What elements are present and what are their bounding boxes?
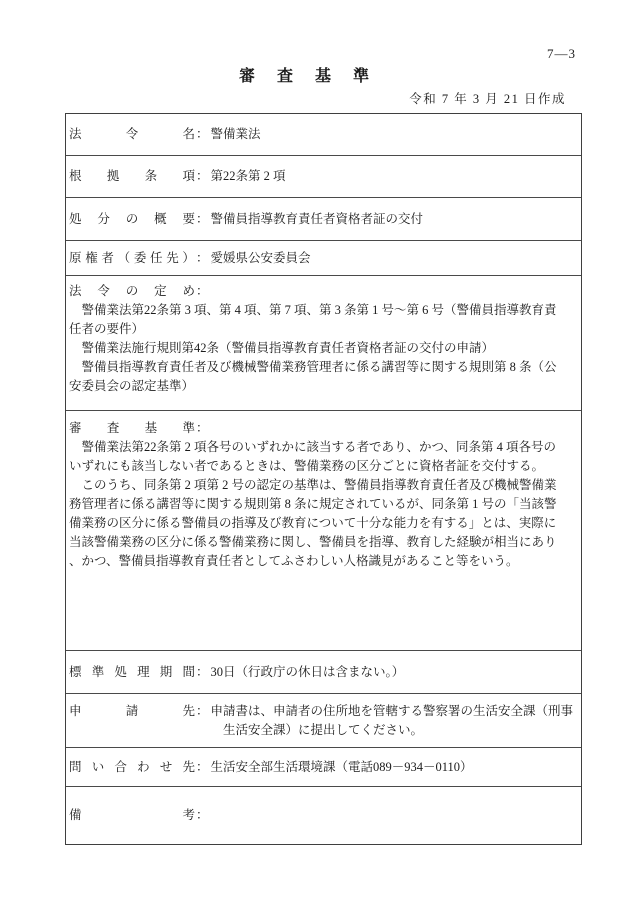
row-value: 警備業法 — [211, 125, 261, 144]
document-page: 7—3 審査基準 令和 7 年 3 月 21 日作成 法令名 ： 警備業法 根拠… — [0, 0, 630, 903]
row-paragraph: 警備業法第22条第 3 項、第 4 項、第 7 項、第 3 条第 1 号～第 6… — [69, 301, 575, 396]
table-row-legal-basis: 根拠条項 ： 第22条第 2 項 — [66, 156, 581, 198]
label-colon: ： — [196, 806, 209, 825]
table-row-examination-criteria: 審査基準 ： 警備業法第22条第 2 項各号のいずれかに該当する者であり、かつ、… — [66, 411, 581, 651]
label-colon: ： — [196, 210, 209, 229]
table-row-disposition-summary: 処分の概要 ： 警備員指導教育責任者資格者証の交付 — [66, 198, 581, 241]
table-row-authority: 原権者（委任先） ： 愛媛県公安委員会 — [66, 241, 581, 276]
label-colon: ： — [196, 663, 209, 682]
label-colon: ： — [196, 702, 209, 721]
table-row-legal-provisions: 法令の定め ： 警備業法第22条第 3 項、第 4 項、第 7 項、第 3 条第… — [66, 276, 581, 411]
table-row-law-name: 法令名 ： 警備業法 — [66, 114, 581, 156]
label-colon: ： — [196, 249, 209, 268]
row-value: 愛媛県公安委員会 — [211, 249, 311, 268]
row-label: 処分の概要 — [69, 210, 195, 229]
row-value: 生活安全部生活環境課（電話089－934－0110） — [211, 758, 473, 777]
row-label: 根拠条項 — [69, 167, 195, 186]
label-colon: ： — [196, 125, 209, 144]
row-label: 申請先 — [69, 702, 195, 721]
row-value: 30日（行政庁の休日は含まない。） — [211, 663, 405, 682]
row-value: 申請書は、申請者の住所地を管轄する警察署の生活安全課（刑事 生活安全課）に提出し… — [211, 702, 574, 740]
label-colon: ： — [196, 282, 209, 301]
row-value: 第22条第 2 項 — [211, 167, 286, 186]
criteria-table: 法令名 ： 警備業法 根拠条項 ： 第22条第 2 項 処分の概要 ： 警備員指… — [65, 113, 582, 845]
row-label-line: 審査基準 ： — [69, 419, 575, 438]
label-colon: ： — [196, 419, 209, 438]
table-row-remarks: 備考 ： — [66, 787, 581, 844]
label-colon: ： — [196, 167, 209, 186]
row-label: 原権者（委任先） — [69, 249, 195, 268]
table-row-contact: 問い合わせ先 ： 生活安全部生活環境課（電話089－934－0110） — [66, 748, 581, 787]
row-paragraph: 警備業法第22条第 2 項各号のいずれかに該当する者であり、かつ、同条第 4 項… — [69, 438, 575, 571]
label-colon: ： — [196, 758, 209, 777]
table-row-application-destination: 申請先 ： 申請書は、申請者の住所地を管轄する警察署の生活安全課（刑事 生活安全… — [66, 694, 581, 748]
row-value: 警備員指導教育責任者資格者証の交付 — [211, 210, 424, 229]
row-label-line: 法令の定め ： — [69, 282, 575, 301]
row-label: 備考 — [69, 806, 195, 825]
row-label: 法令名 — [69, 125, 195, 144]
page-number: 7—3 — [547, 46, 576, 62]
row-label: 問い合わせ先 — [69, 758, 195, 777]
creation-date: 令和 7 年 3 月 21 日作成 — [409, 89, 566, 107]
row-label: 標準処理期間 — [69, 663, 195, 682]
document-title: 審査基準 — [0, 63, 630, 86]
row-label: 審査基準 — [69, 419, 195, 438]
row-label: 法令の定め — [69, 282, 195, 301]
table-row-processing-period: 標準処理期間 ： 30日（行政庁の休日は含まない。） — [66, 651, 581, 694]
